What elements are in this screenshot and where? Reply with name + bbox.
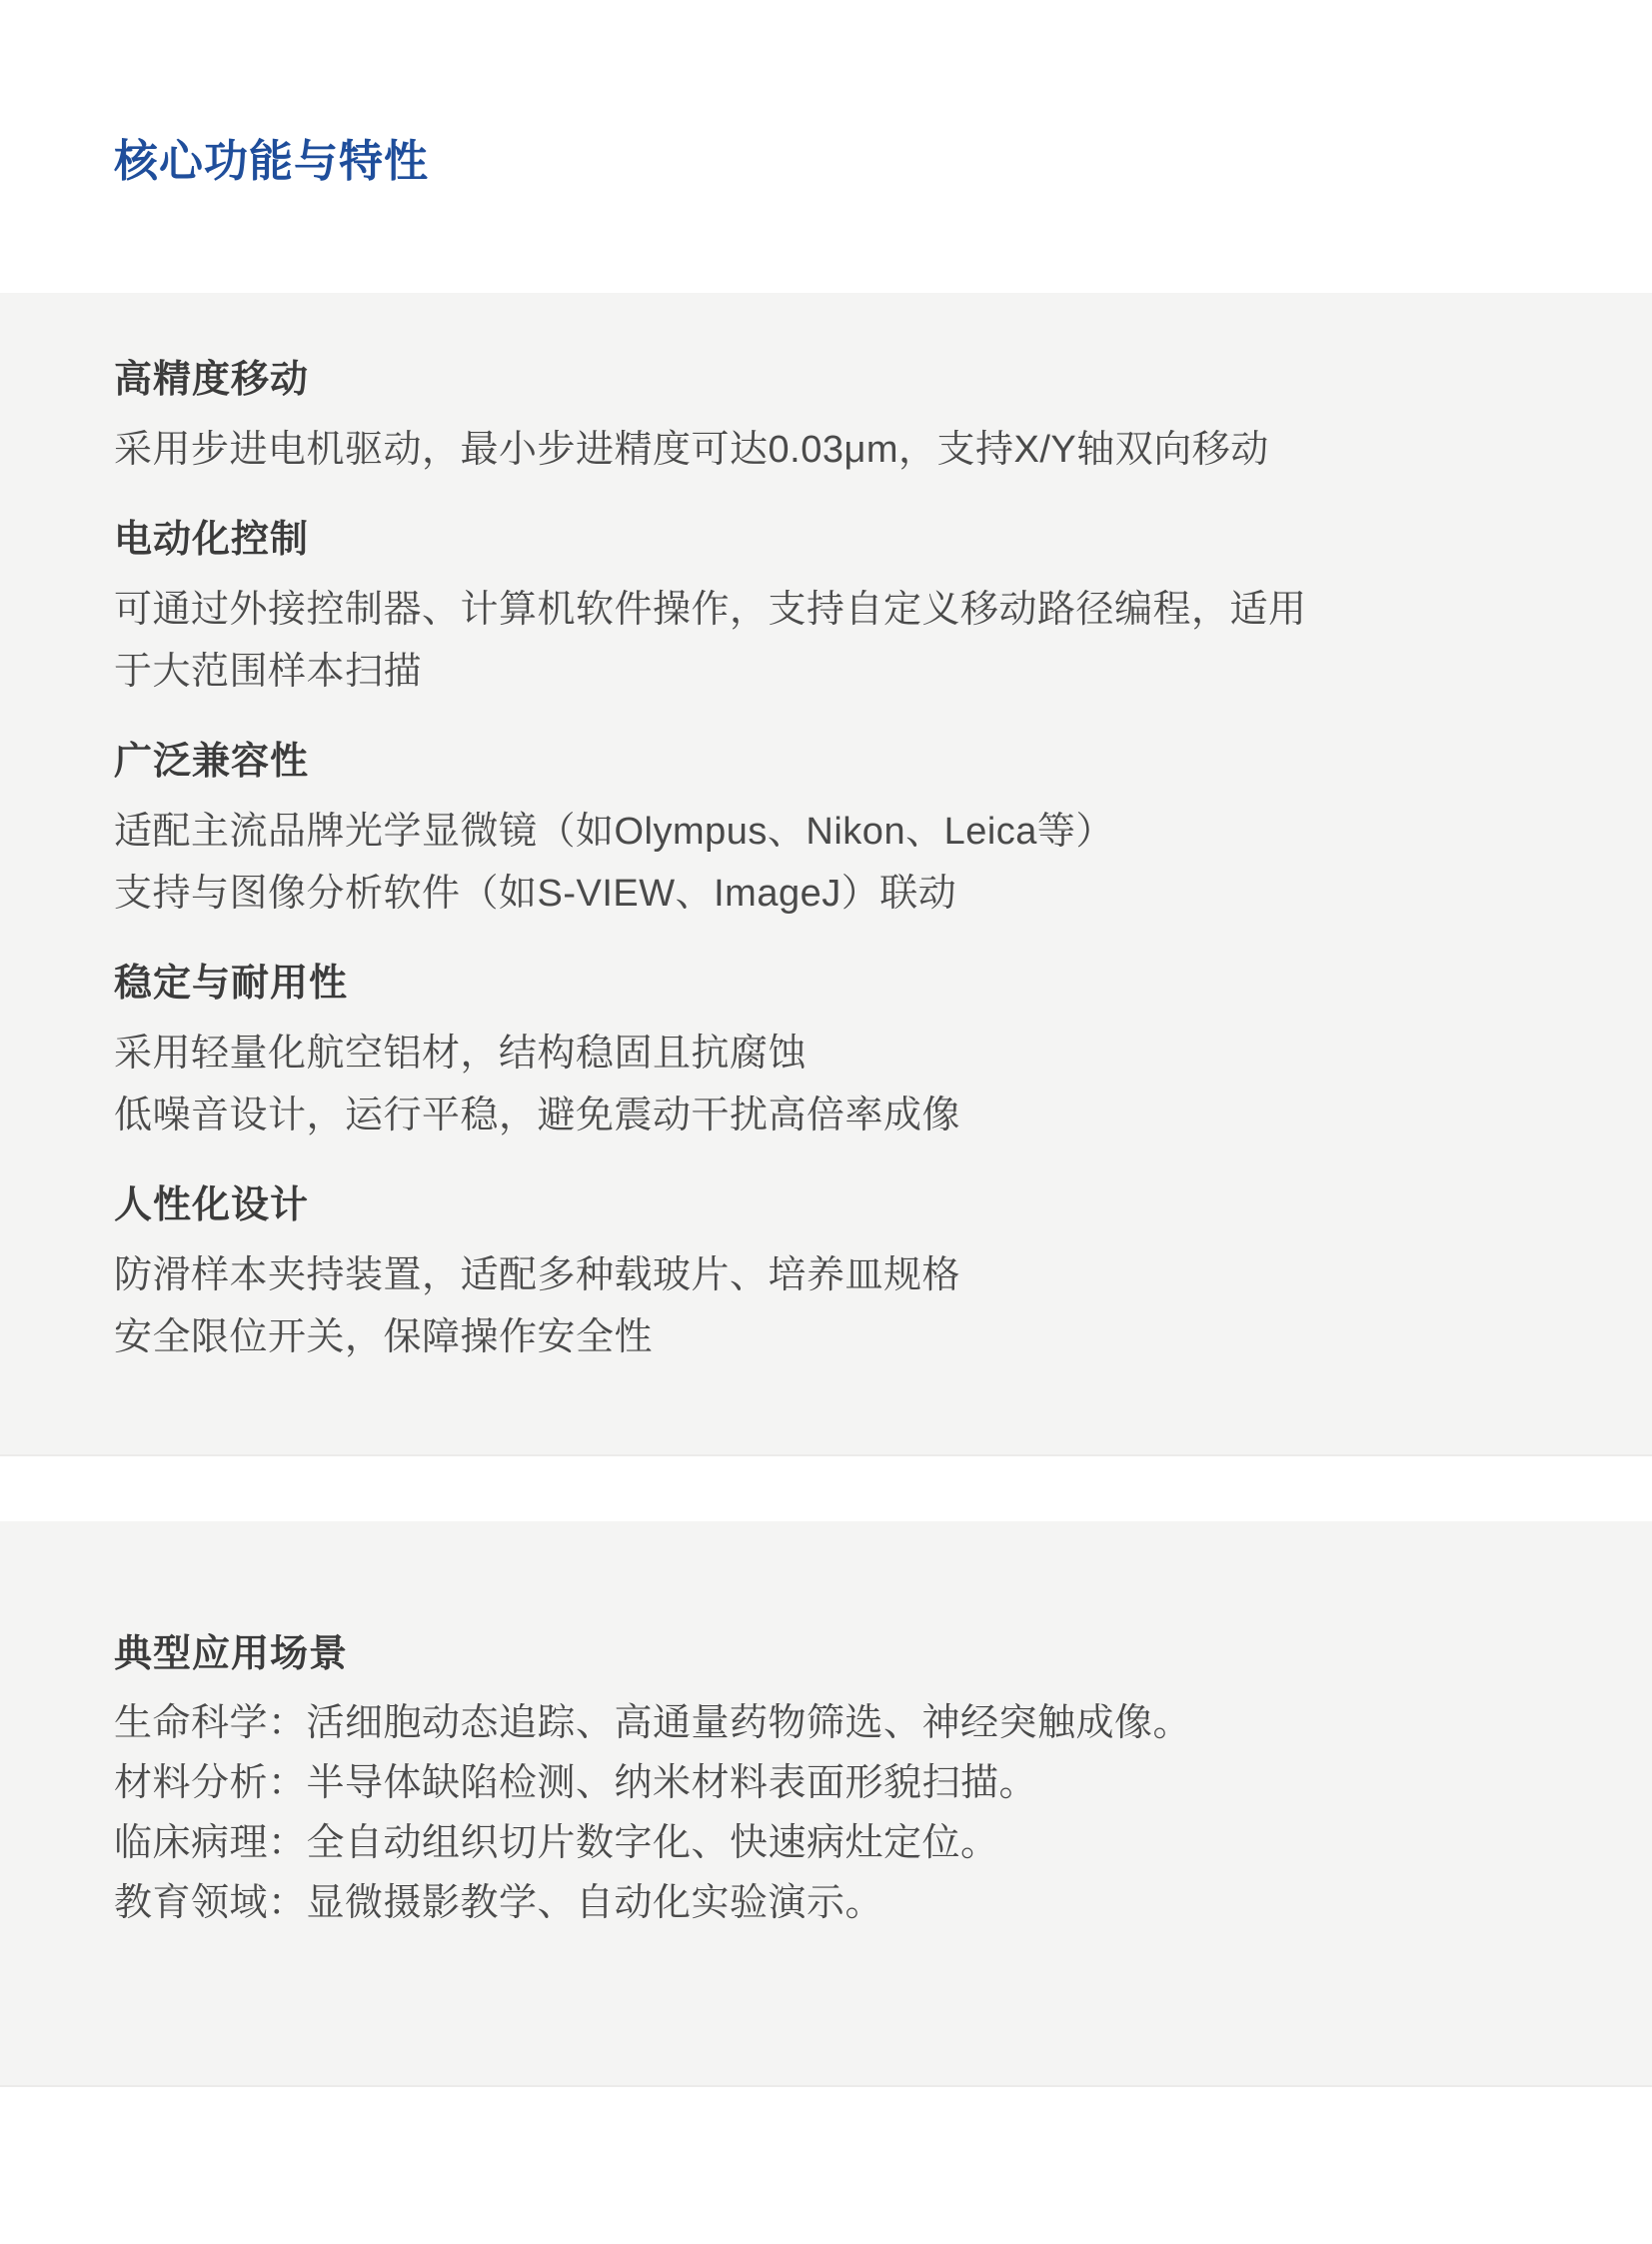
applications-title: 典型应用场景 <box>114 1631 1322 1677</box>
feature-line: 可通过外接控制器、计算机软件操作，支持自定义移动路径编程，适用 <box>114 579 1322 641</box>
feature-title: 高精度移动 <box>114 357 1322 403</box>
feature-line: 适配主流品牌光学显微镜（如Olympus、Nikon、Leica等） <box>114 801 1322 863</box>
feature-compatibility: 广泛兼容性 适配主流品牌光学显微镜（如Olympus、Nikon、Leica等）… <box>114 739 1322 925</box>
feature-title: 稳定与耐用性 <box>114 961 1322 1007</box>
feature-stability-durability: 稳定与耐用性 采用轻量化航空铝材，结构稳固且抗腐蚀 低噪音设计，运行平稳，避免震… <box>114 961 1322 1146</box>
feature-line: 于大范围样本扫描 <box>114 641 1322 703</box>
feature-motorized-control: 电动化控制 可通过外接控制器、计算机软件操作，支持自定义移动路径编程，适用 于大… <box>114 517 1322 703</box>
features-content: 高精度移动 采用步进电机驱动，最小步进精度可达0.03μm，支持X/Y轴双向移动… <box>114 357 1322 1368</box>
feature-line: 防滑样本夹持装置，适配多种载玻片、培养皿规格 <box>114 1244 1322 1306</box>
features-section: 高精度移动 采用步进电机驱动，最小步进精度可达0.03μm，支持X/Y轴双向移动… <box>0 293 1652 1456</box>
feature-title: 电动化控制 <box>114 517 1322 563</box>
application-line-education: 教育领域：显微摄影教学、自动化实验演示。 <box>114 1873 1322 1933</box>
feature-line: 采用轻量化航空铝材，结构稳固且抗腐蚀 <box>114 1023 1322 1085</box>
application-line-life-science: 生命科学：活细胞动态追踪、高通量药物筛选、神经突触成像。 <box>114 1693 1322 1753</box>
applications-section: 典型应用场景 生命科学：活细胞动态追踪、高通量药物筛选、神经突触成像。 材料分析… <box>0 1521 1652 2087</box>
feature-high-precision: 高精度移动 采用步进电机驱动，最小步进精度可达0.03μm，支持X/Y轴双向移动 <box>114 357 1322 481</box>
feature-title: 广泛兼容性 <box>114 739 1322 785</box>
feature-line: 低噪音设计，运行平稳，避免震动干扰高倍率成像 <box>114 1085 1322 1146</box>
feature-ergonomic-design: 人性化设计 防滑样本夹持装置，适配多种载玻片、培养皿规格 安全限位开关，保障操作… <box>114 1182 1322 1368</box>
feature-line: 支持与图像分析软件（如S-VIEW、ImageJ）联动 <box>114 863 1322 925</box>
feature-title: 人性化设计 <box>114 1182 1322 1228</box>
page-title: 核心功能与特性 <box>114 137 429 187</box>
feature-line: 安全限位开关，保障操作安全性 <box>114 1306 1322 1368</box>
application-line-clinical-pathology: 临床病理：全自动组织切片数字化、快速病灶定位。 <box>114 1813 1322 1873</box>
feature-line: 采用步进电机驱动，最小步进精度可达0.03μm，支持X/Y轴双向移动 <box>114 419 1322 481</box>
application-line-material-analysis: 材料分析：半导体缺陷检测、纳米材料表面形貌扫描。 <box>114 1753 1322 1813</box>
applications-content: 典型应用场景 生命科学：活细胞动态追踪、高通量药物筛选、神经突触成像。 材料分析… <box>114 1631 1322 1933</box>
